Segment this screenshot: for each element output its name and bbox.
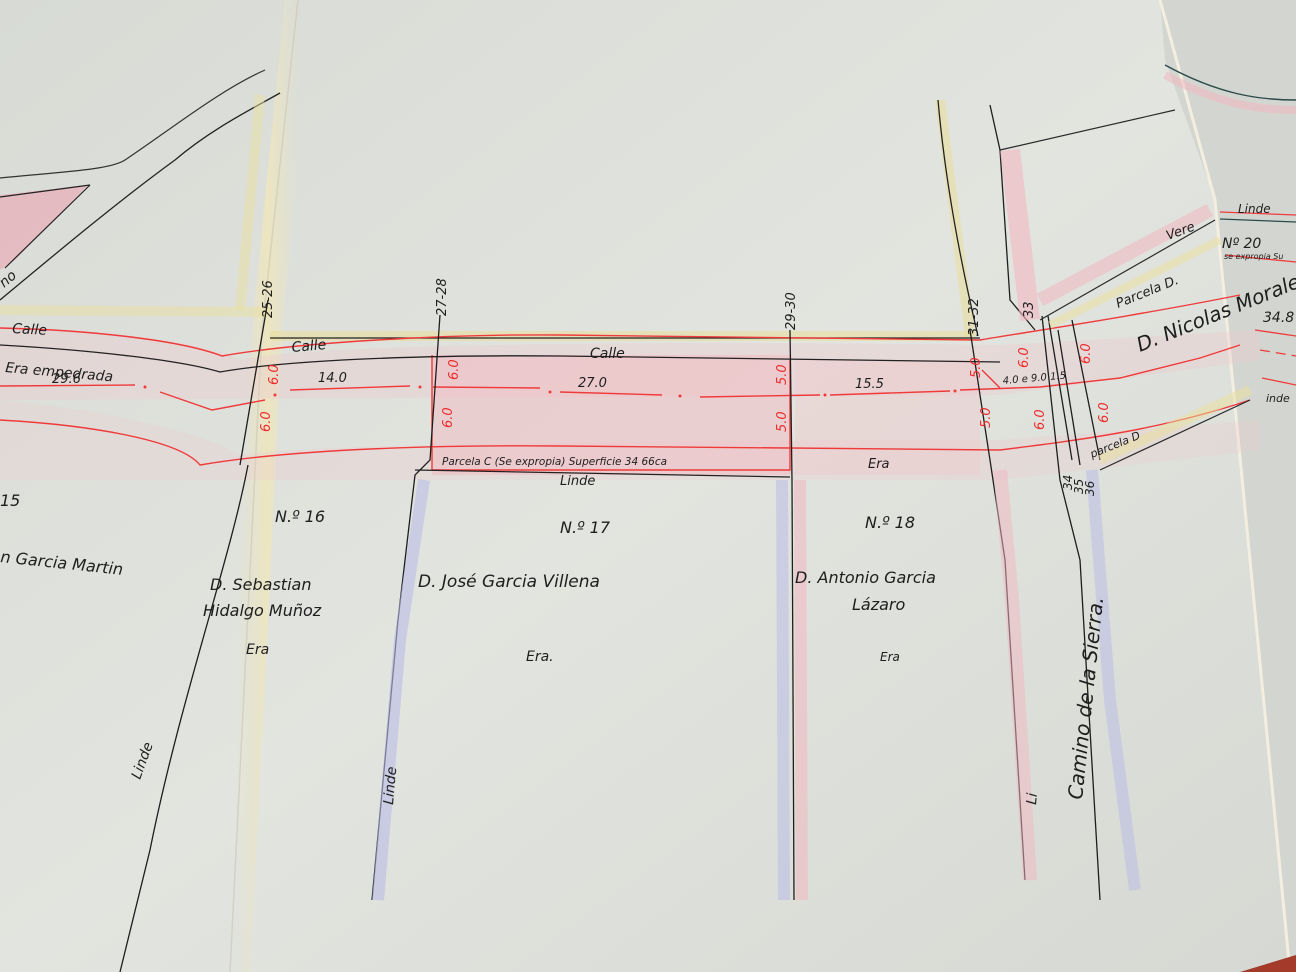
plot-number: N.º 16	[275, 507, 325, 526]
width-value: 5.0	[979, 407, 994, 428]
station-label: 27-28	[435, 278, 450, 316]
plot-number: N.º 18	[865, 513, 915, 532]
linde-label: Linde	[381, 766, 400, 805]
station-label: 29-30	[784, 292, 799, 330]
width-value: 5.0	[969, 357, 984, 378]
linde-label: Li	[1024, 792, 1041, 805]
plot-use: Era.	[526, 649, 554, 665]
segment-length: 27.0	[578, 376, 607, 391]
plot-owner: Hidalgo Muñoz	[203, 601, 322, 620]
plot-use: Era	[880, 650, 900, 664]
street-label: Calle	[12, 321, 48, 339]
plot-owner: D. Antonio Garcia	[795, 568, 936, 587]
map-canvas: no	[0, 0, 1296, 972]
station-label: 33	[1022, 301, 1037, 318]
width-value: 6.0	[441, 407, 456, 428]
linde-label: Linde	[560, 474, 595, 489]
width-value: 6.0	[1079, 343, 1094, 364]
plot-owner: D. José Garcia Villena	[418, 572, 600, 592]
cadastral-map-photo: no	[0, 0, 1296, 972]
plot-number: 15	[0, 491, 20, 510]
width-value: 6.0	[267, 364, 282, 385]
plot-use: Era	[246, 642, 269, 658]
segment-length: 15.5	[855, 377, 884, 392]
width-value: 6.0	[259, 411, 274, 432]
width-value: 6.0	[1033, 409, 1048, 430]
station-label: 36	[1083, 480, 1097, 496]
station-label: 25-26	[261, 280, 276, 318]
width-value: 5.0	[775, 364, 790, 385]
era-label: Era	[868, 457, 890, 472]
parcela-c-label: Parcela C (Se expropia) Superficie 34 66…	[442, 456, 667, 468]
width-value: 6.0	[1097, 402, 1112, 423]
linde-label: inde	[1266, 392, 1290, 405]
station-label: 31-32	[967, 298, 982, 336]
segment-length: 14.0	[318, 371, 347, 386]
paper-background	[0, 0, 1296, 972]
width-value: 6.0	[447, 359, 462, 380]
plot-owner: Lázaro	[852, 595, 906, 614]
segment-length: 34.8	[1263, 310, 1294, 326]
se-expropia-label: se expropia Su	[1224, 252, 1283, 261]
linde-label: Linde	[1238, 202, 1271, 216]
plot-number: Nº 20	[1222, 236, 1261, 252]
plot-number: N.º 17	[560, 518, 611, 537]
plot-owner: D. Sebastian	[210, 575, 311, 594]
width-value: 6.0	[1017, 347, 1032, 368]
segment-length: 29.6	[52, 372, 81, 387]
width-value: 5.0	[775, 411, 790, 432]
street-label: Calle	[590, 346, 625, 362]
street-label: Calle	[291, 337, 327, 356]
